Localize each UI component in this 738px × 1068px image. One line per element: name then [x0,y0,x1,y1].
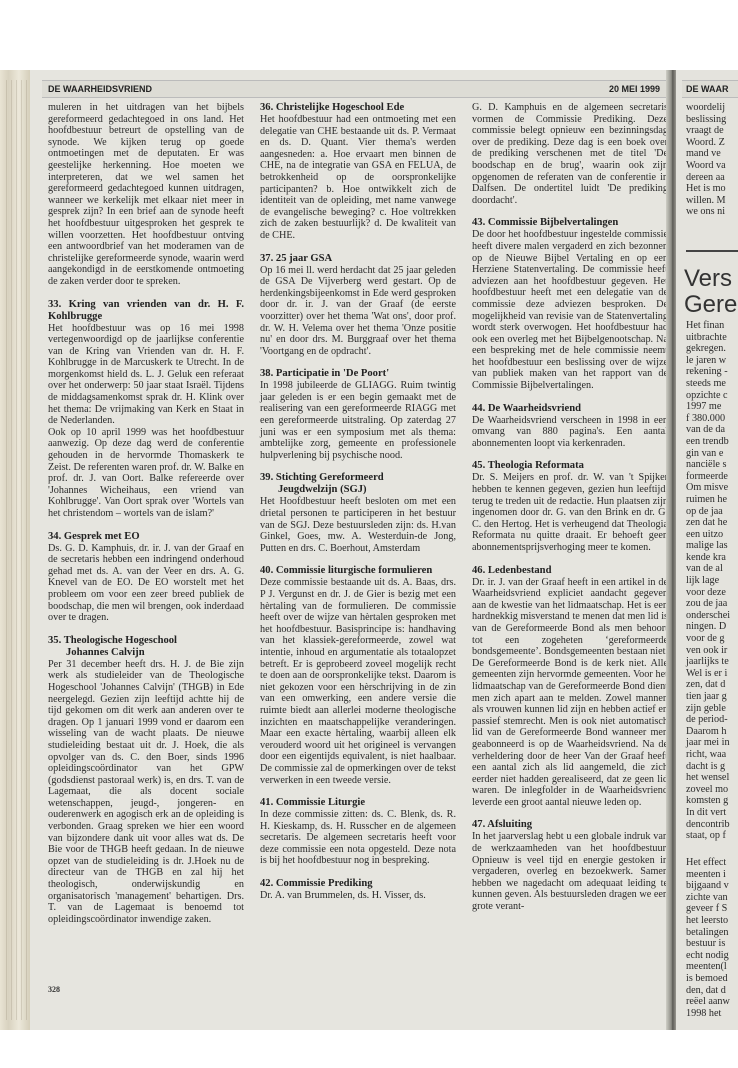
text-line: we ons ni [686,206,738,218]
section-heading-line2: Johannes Calvijn [48,647,244,659]
text-line: le jaren w [686,355,738,367]
section-heading: 33. Kring van vrienden van dr. H. F. Koh… [48,299,244,323]
section-heading: 40. Commissie liturgische formulieren [260,565,456,577]
text-line: nanciële s [686,459,738,471]
section-body: Dr. ir. J. van der Graaf heeft in een ar… [472,577,668,809]
text-line: zou de jaa [686,598,738,610]
section-heading-line1: 35. Theologische Hogeschool [48,635,177,646]
text-line: willen. M [686,195,738,207]
text-line: vraagt de [686,125,738,137]
text-line: betalingen [686,927,738,939]
text-line: Daarom h [686,726,738,738]
right-page-top-text: woordelijbeslissingvraagt deWoord. Zmand… [686,102,738,218]
section-heading: 43. Commissie Bijbelvertalingen [472,217,668,229]
section-33: 33. Kring van vrienden van dr. H. F. Koh… [48,299,244,520]
text-line: kende kra [686,552,738,564]
text-line: Het is mo [686,183,738,195]
section-body: Dr. S. Meijers en prof. dr. W. van 't Sp… [472,472,668,553]
text-line: den, dat d [686,985,738,997]
text-line: op de jaa [686,506,738,518]
section-heading: 38. Participatie in 'De Poort' [260,368,456,380]
section-heading: 39. Stichting Gereformeerd Jeugdwelzijn … [260,472,456,496]
text-line: richt, waa [686,749,738,761]
text-line: zichte van [686,892,738,904]
section-heading: 41. Commissie Liturgie [260,797,456,809]
section-39: 39. Stichting Gereformeerd Jeugdwelzijn … [260,472,456,554]
text-line: 1997 me [686,401,738,413]
text-line: opzichte c [686,390,738,402]
right-page-body-text: Het finanuitbrachtegekregen.le jaren wre… [686,320,738,842]
section-heading: 36. Christelijke Hogeschool Ede [260,102,456,114]
text-line: Het effect [686,857,738,869]
text-line: jaar mei in [686,737,738,749]
section-42: 42. Commissie Prediking Dr. A. van Brumm… [260,878,456,902]
section-body: Deze commissie bestaande uit ds. A. Baas… [260,577,456,786]
text-line: Om misve [686,482,738,494]
section-45: 45. Theologia Reformata Dr. S. Meijers e… [472,460,668,553]
section-body: In 1998 jubileerde de GLIAGG. Ruim twint… [260,380,456,461]
text-line: dacht is g [686,761,738,773]
text-line: zen, dat d [686,679,738,691]
section-38: 38. Participatie in 'De Poort' In 1998 j… [260,368,456,461]
section-heading: 37. 25 jaar GSA [260,253,456,265]
text-line: Wel is er i [686,668,738,680]
right-page-body-text-2: Het effectmeenten ibijgaand vzichte vang… [686,857,738,1019]
text-line: Woord va [686,160,738,172]
issue-date: 20 MEI 1999 [609,84,660,94]
text-line: onderschei [686,610,738,622]
right-running-header: DE WAAR [682,80,738,98]
publication-name: DE WAARHEIDSVRIEND [48,84,152,94]
section-heading: 44. De Waarheidsvriend [472,403,668,415]
text-line: het wensel [686,772,738,784]
text-line: zen dat he [686,517,738,529]
section-body: Op 16 mei ll. werd herdacht dat 25 jaar … [260,265,456,358]
section-heading-line1: 39. Stichting Gereformeerd [260,472,384,483]
section-body: De door het hoofdbestuur ingestelde comm… [472,229,668,391]
text-line: zoveel mo [686,784,738,796]
section-41: 41. Commissie Liturgie In deze commissie… [260,797,456,867]
right-page-article-title: VersGere [684,266,737,318]
text-line: gin van e [686,448,738,460]
text-line: reëel aanw [686,996,738,1008]
text-line: het leersto [686,915,738,927]
page-number: 328 [48,985,60,994]
section-body: In het jaarverslag hebt u een globale in… [472,831,668,912]
text-line: formeerde [686,471,738,483]
section-40: 40. Commissie liturgische formulieren De… [260,565,456,786]
section-body: Dr. A. van Brummelen, ds. H. Visser, ds. [260,890,456,902]
text-line: steeds me [686,378,738,390]
text-line: staat, op f [686,830,738,842]
section-body: Het hoofdbestuur had een ontmoeting met … [260,114,456,242]
text-line: van de da [686,424,738,436]
continued-paragraph: muleren in het uitdragen van het bijbels… [48,102,244,288]
text-line: meenten i [686,869,738,881]
text-line: de period- [686,714,738,726]
text-line: Woord. Z [686,137,738,149]
text-line: dereen aa [686,172,738,184]
section-body: Ook op 10 april 1999 was het hoofdbestuu… [48,427,244,520]
text-line: bestuur is [686,938,738,950]
section-heading-line2: Jeugdwelzijn (SGJ) [260,484,456,496]
section-heading: 35. Theologische Hogeschool Johannes Cal… [48,635,244,659]
text-line: lijk lage [686,575,738,587]
section-heading: 45. Theologia Reformata [472,460,668,472]
section-43: 43. Commissie Bijbelvertalingen De door … [472,217,668,391]
text-line: malige las [686,540,738,552]
article-columns: muleren in het uitdragen van het bijbels… [48,102,668,1002]
text-line: komsten g [686,795,738,807]
text-line: een uitzo [686,529,738,541]
running-header: DE WAARHEIDSVRIEND 20 MEI 1999 [42,80,670,98]
right-page-partial: DE WAAR woordelijbeslissingvraagt deWoor… [676,70,738,1030]
text-line: geveer f S [686,903,738,915]
text-line: Het finan [686,320,738,332]
text-line: Vers [684,266,737,292]
text-line: f 380.000 [686,413,738,425]
text-line: woordelij [686,102,738,114]
section-heading: 42. Commissie Prediking [260,878,456,890]
section-47: 47. Afsluiting In het jaarverslag hebt u… [472,819,668,912]
section-divider [686,250,738,252]
section-body: Het Hoofdbestuur heeft besloten om met e… [260,496,456,554]
text-line: Gere [684,292,737,318]
section-37: 37. 25 jaar GSA Op 16 mei ll. werd herda… [260,253,456,358]
text-line: een trendb [686,436,738,448]
left-page: DE WAARHEIDSVRIEND 20 MEI 1999 muleren i… [30,70,670,1030]
text-line: echt nodig [686,950,738,962]
text-line: is bemoed [686,973,738,985]
section-body: Ds. G. D. Kamphuis, dr. ir. J. van der G… [48,543,244,624]
section-heading: 46. Ledenbestand [472,565,668,577]
text-line: ruimen he [686,494,738,506]
text-line: ven ook ir [686,645,738,657]
text-line: gekregen. [686,343,738,355]
text-line: rekening - [686,366,738,378]
text-line: voor deze [686,587,738,599]
text-line: dencontrib [686,819,738,831]
section-body: Per 31 december heeft drs. H. J. de Bie … [48,659,244,926]
text-line: bijgaand v [686,880,738,892]
text-line: meenten(l [686,961,738,973]
text-line: tien jaar g [686,691,738,703]
section-body: De Waarheidsvriend verscheen in 1998 in … [472,415,668,450]
section-35: 35. Theologische Hogeschool Johannes Cal… [48,635,244,926]
text-line: beslissing [686,114,738,126]
text-line: van de al [686,563,738,575]
text-line: In dit vert [686,807,738,819]
column-2: 36. Christelijke Hogeschool Ede Het hoof… [260,102,456,913]
section-body: Het hoofdbestuur was op 16 mei 1998 vert… [48,323,244,427]
section-46: 46. Ledenbestand Dr. ir. J. van der Graa… [472,565,668,809]
text-line: 1998 het [686,1008,738,1020]
section-heading: 34. Gesprek met EO [48,531,244,543]
text-line: jaarlijks te [686,656,738,668]
text-line: zijn geble [686,703,738,715]
section-34: 34. Gesprek met EO Ds. G. D. Kamphuis, d… [48,531,244,624]
section-body: In deze commissie zitten: ds. C. Blenk, … [260,809,456,867]
section-44: 44. De Waarheidsvriend De Waarheidsvrien… [472,403,668,450]
column-1: muleren in het uitdragen van het bijbels… [48,102,244,936]
text-line: mand ve [686,148,738,160]
section-36: 36. Christelijke Hogeschool Ede Het hoof… [260,102,456,242]
column-3: G. D. Kamphuis en de algemeen secretaris… [472,102,668,924]
section-heading: 47. Afsluiting [472,819,668,831]
text-line: ningen. D [686,621,738,633]
text-line: uitbrachte [686,332,738,344]
continued-paragraph: G. D. Kamphuis en de algemeen secretaris… [472,102,668,206]
text-line: voor de g [686,633,738,645]
